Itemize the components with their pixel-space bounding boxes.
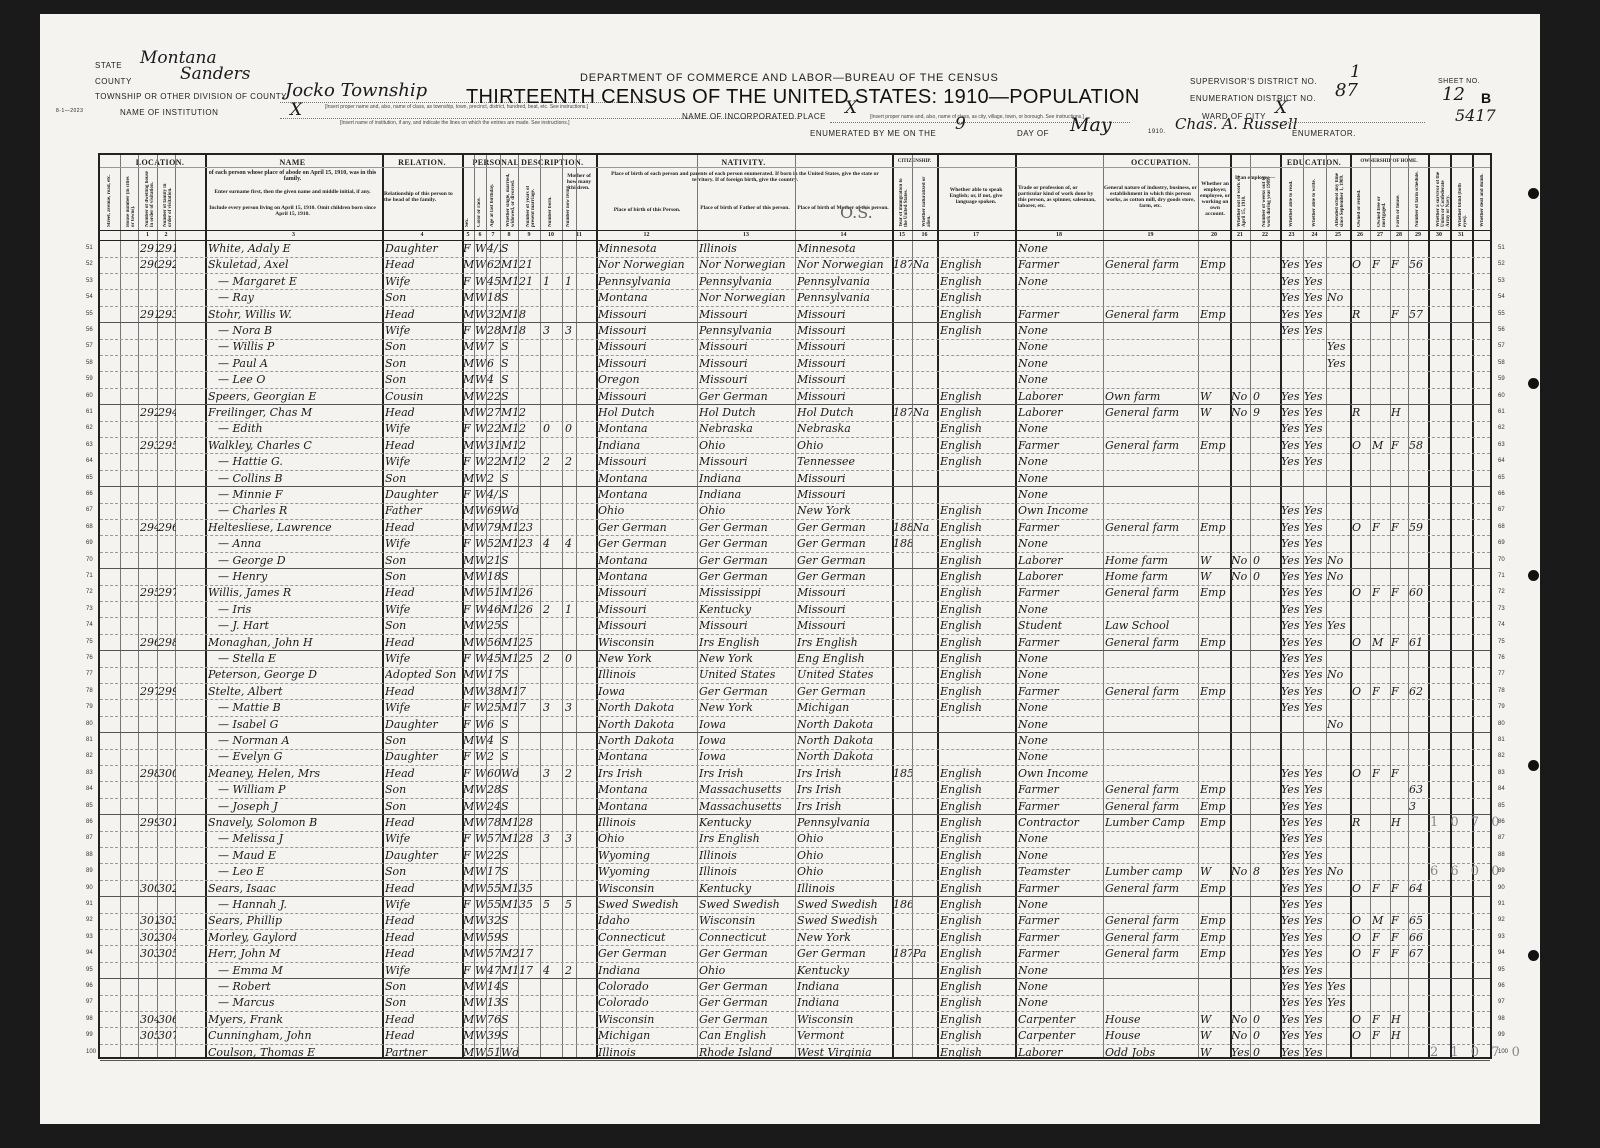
cell-english: English [940,945,1014,961]
cell-write: Yes [1304,552,1326,568]
cell-born [543,437,561,453]
cell-born: 3 [543,699,561,715]
cell-yrs-married: 8 [519,322,539,338]
cell-own: R [1352,404,1370,420]
cell-weeks [1253,716,1279,732]
cell-natur [913,896,937,912]
cell-trade: None [1018,847,1102,863]
cell-own [1352,748,1370,764]
cell-industry [1105,994,1197,1010]
cell-natur: Na [913,519,937,535]
cell-relation: Son [385,289,461,305]
vertical-header-c5: Sex. [465,171,470,227]
cell-out [1231,896,1250,912]
cell-natur [913,847,937,863]
cell-english: English [940,912,1014,928]
cell-immig [893,781,912,797]
cell-birth: Ger German [598,535,696,551]
cell-father: Ohio [699,962,795,978]
cell-write [1304,732,1326,748]
cell-sched [1409,240,1428,256]
cell-relation: Head [385,945,461,961]
cell-mother: Wisconsin [797,1011,891,1027]
cell-family: 301 [158,814,176,830]
cell-sched: 64 [1409,880,1428,896]
cell-name: — Lee O [208,371,390,387]
cell-mother: Nebraska [797,420,891,436]
line-number: 95 [1498,967,1505,973]
cell-own [1352,355,1370,371]
cell-race: W [475,338,486,354]
cell-natur [913,552,937,568]
cell-sex: M [463,552,474,568]
table-row: 304306Myers, FrankHeadMW76SWisconsinGer … [100,1011,1490,1029]
cell-living [565,470,577,486]
cell-read: Yes [1281,404,1303,420]
cell-emp [1200,470,1230,486]
cell-birth: Missouri [598,306,696,322]
cell-dwelling: 291 [140,240,158,256]
cell-trade: Farmer [1018,256,1102,272]
column-number: 4 [382,232,462,238]
cell-industry: Lumber Camp [1105,814,1197,830]
cell-family [158,1044,176,1060]
cell-free [1372,322,1390,338]
cell-natur [913,650,937,666]
cell-free [1372,1044,1390,1060]
line-number: 100 [86,1049,96,1055]
cell-mother: Missouri [797,601,891,617]
cell-dwelling: 303 [140,945,158,961]
sheet-value: 12 [1442,84,1465,105]
cell-race: W [475,519,486,535]
cell-farm: F [1391,306,1408,322]
cell-mother: Missouri [797,355,891,371]
cell-free [1372,978,1390,994]
cell-natur [913,699,937,715]
cell-family: 305 [158,945,176,961]
table-row: — Norman ASonMW4SNorth DakotaIowaNorth D… [100,732,1490,750]
cell-living [565,388,577,404]
cell-name: Walkley, Charles C [208,437,380,453]
cell-farm [1391,994,1408,1010]
cell-school [1327,420,1349,436]
cell-yrs-married: 2 [519,404,539,420]
cell-birth: Ger German [598,519,696,535]
cell-emp [1200,338,1230,354]
cell-yrs-married [519,289,539,305]
cell-english [940,338,1014,354]
cell-emp: Emp [1200,929,1230,945]
table-row: 295297Willis, James RHeadMW51M126Missour… [100,584,1490,602]
cell-race: W [475,568,486,584]
cell-dwelling [140,273,158,289]
cell-farm [1391,470,1408,486]
cell-own [1352,847,1370,863]
cell-mother: New York [797,502,891,518]
line-number: 80 [1498,721,1505,727]
cell-sched [1409,962,1428,978]
cell-yrs-married [519,355,539,371]
cell-name: — Melissa J [208,830,390,846]
cell-immig [893,814,912,830]
cell-dwelling [140,716,158,732]
vertical-header-c1: House number (in cities or towns). [126,171,136,227]
cell-sched [1409,1011,1428,1027]
cell-read: Yes [1281,306,1303,322]
cell-born [543,371,561,387]
cell-immig [893,978,912,994]
enumerated-label: Enumerated by me on the [810,129,936,138]
cell-read: Yes [1281,388,1303,404]
cell-relation: Daughter [385,847,461,863]
cell-born [543,716,561,732]
cell-race: W [475,240,486,256]
cell-race: W [475,962,486,978]
cell-sex: F [463,453,474,469]
cell-marital: S [501,388,518,404]
cell-sex: M [463,978,474,994]
table-row: 301303Sears, PhillipHeadMW32SIdahoWiscon… [100,912,1490,930]
cell-living [565,634,577,650]
cell-mother: Ger German [797,945,891,961]
cell-write: Yes [1304,912,1326,928]
cell-born [543,1044,561,1060]
cell-industry: General farm [1105,256,1197,272]
cell-birth: Indiana [598,437,696,453]
cell-natur [913,1027,937,1043]
cell-own [1352,535,1370,551]
column-number: 23 [1280,232,1303,238]
cell-family [158,863,176,879]
cell-farm: H [1391,814,1408,830]
cell-mother: Irs Irish [797,765,891,781]
cell-read [1281,470,1303,486]
cell-emp [1200,289,1230,305]
cell-dwelling [140,830,158,846]
cell-age: 17 [487,863,501,879]
cell-born [543,519,561,535]
cell-immig [893,470,912,486]
column-number: 28 [1390,232,1408,238]
cell-name: Freilinger, Chas M [208,404,380,420]
cell-age: 28 [487,781,501,797]
cell-school [1327,830,1349,846]
cell-yrs-married: 8 [519,306,539,322]
cell-dwelling [140,863,158,879]
cell-free [1372,830,1390,846]
line-number: 74 [86,622,93,628]
cell-race: W [475,732,486,748]
cell-relation: Head [385,256,461,272]
cell-out [1231,306,1250,322]
cell-read: Yes [1281,568,1303,584]
line-number: 62 [86,425,93,431]
cell-name: — Ray [208,289,390,305]
cell-farm: H [1391,1027,1408,1043]
cell-family: 302 [158,880,176,896]
cell-immig [893,552,912,568]
cell-mother: Indiana [797,994,891,1010]
column-number: 26 [1350,232,1370,238]
cell-immig [893,716,912,732]
cell-mother: Pennsylvania [797,814,891,830]
cell-age: 60 [487,765,501,781]
cell-emp: Emp [1200,683,1230,699]
line-number: 98 [1498,1016,1505,1022]
cell-out [1231,683,1250,699]
cell-race: W [475,322,486,338]
cell-dwelling: 299 [140,814,158,830]
line-number: 94 [86,950,93,956]
cell-farm: F [1391,584,1408,600]
cell-born: 1 [543,273,561,289]
cell-living [565,404,577,420]
cell-out [1231,617,1250,633]
cell-age: 22 [487,388,501,404]
line-number: 57 [86,343,93,349]
cell-born [543,994,561,1010]
line-number: 82 [1498,753,1505,759]
cell-marital: S [501,1027,518,1043]
table-row: 298300Meaney, Helen, MrsHeadFW60Wd32Irs … [100,765,1490,783]
cell-immig: 1887 [893,535,912,551]
vertical-header-c3: Number of family in order of visitation. [163,171,173,227]
cell-weeks [1253,617,1279,633]
cell-race: W [475,830,486,846]
cell-own [1352,502,1370,518]
vertical-header-c27: Owned free or mortgaged. [1377,171,1387,227]
cell-english: English [940,617,1014,633]
cell-free [1372,240,1390,256]
cell-weeks [1253,781,1279,797]
cell-birth: North Dakota [598,732,696,748]
cell-sex: M [463,912,474,928]
cell-own [1352,273,1370,289]
cell-mother: Ger German [797,519,891,535]
cell-read: Yes [1281,322,1303,338]
cell-own: O [1352,1011,1370,1027]
cell-farm: F [1391,634,1408,650]
cell-free [1372,289,1390,305]
cell-race: W [475,535,486,551]
cell-father: Indiana [699,470,795,486]
header-trade: Trade or profession of, or particular ki… [1018,185,1100,209]
cell-trade: Teamster [1018,863,1102,879]
cell-marital: M1 [501,322,518,338]
cell-trade: None [1018,666,1102,682]
cell-marital: S [501,912,518,928]
vertical-header-c29: Number of farm schedule. [1415,171,1420,227]
cell-family [158,552,176,568]
cell-race: W [475,650,486,666]
cell-out: No [1231,552,1250,568]
cell-school [1327,683,1349,699]
cell-english: English [940,519,1014,535]
cell-farm: F [1391,765,1408,781]
cell-age: 7 [487,338,501,354]
cell-sched [1409,863,1428,879]
cell-immig [893,420,912,436]
cell-sched [1409,847,1428,863]
cell-write: Yes [1304,863,1326,879]
cell-marital: S [501,568,518,584]
cell-birth: Connecticut [598,929,696,945]
cell-sex: M [463,404,474,420]
cell-read: Yes [1281,634,1303,650]
cell-own [1352,552,1370,568]
cell-industry [1105,830,1197,846]
cell-mother: Irs Irish [797,781,891,797]
cell-dwelling [140,847,158,863]
cell-living [565,945,577,961]
cell-school [1327,699,1349,715]
header-education: EDUCATION. [1280,158,1348,167]
cell-school [1327,1027,1349,1043]
cell-write: Yes [1304,880,1326,896]
cell-relation: Son [385,798,461,814]
table-row: 296298Monaghan, John HHeadMW56M125Wiscon… [100,634,1490,652]
cell-natur [913,814,937,830]
line-number: 77 [1498,671,1505,677]
cell-weeks: 0 [1253,552,1279,568]
cell-sex: M [463,732,474,748]
cell-read: Yes [1281,765,1303,781]
cell-relation: Head [385,437,461,453]
cell-birth: Montana [598,781,696,797]
cell-natur [913,683,937,699]
cell-english: English [940,404,1014,420]
cell-natur [913,486,937,502]
cell-english [940,371,1014,387]
cell-relation: Wife [385,453,461,469]
cell-yrs-married: 25 [519,650,539,666]
cell-sched: 65 [1409,912,1428,928]
cell-trade: Farmer [1018,306,1102,322]
cell-mother: Indiana [797,978,891,994]
line-number: 95 [86,967,93,973]
cell-english [940,240,1014,256]
cell-mother: Tennessee [797,453,891,469]
cell-father: Pennsylvania [699,273,795,289]
cell-farm [1391,617,1408,633]
cell-out [1231,240,1250,256]
cell-read: Yes [1281,535,1303,551]
cell-immig [893,371,912,387]
cell-trade: Own Income [1018,502,1102,518]
cell-sched [1409,748,1428,764]
cell-write [1304,240,1326,256]
cell-own [1352,289,1370,305]
cell-industry: General farm [1105,781,1197,797]
line-number: 69 [86,540,93,546]
cell-sex: M [463,617,474,633]
cell-trade: None [1018,699,1102,715]
cell-emp [1200,535,1230,551]
cell-trade: None [1018,273,1102,289]
cell-race: W [475,617,486,633]
header-divider [100,167,1490,168]
cell-immig: 1887 [893,519,912,535]
cell-born [543,552,561,568]
table-row: — Willis PSonMW7SMissouriMissouriMissour… [100,338,1490,356]
cell-yrs-married: 7 [519,699,539,715]
cell-father: Iowa [699,732,795,748]
cell-free: F [1372,683,1390,699]
cell-mother: Missouri [797,470,891,486]
cell-trade: Laborer [1018,552,1102,568]
cell-marital: S [501,552,518,568]
incorporated-place-value: X [845,98,857,118]
cell-trade: Farmer [1018,912,1102,928]
cell-farm: F [1391,945,1408,961]
cell-farm: F [1391,437,1408,453]
cell-family [158,798,176,814]
cell-race: W [475,355,486,371]
column-number: 6 [474,232,486,238]
cell-school: No [1327,666,1349,682]
cell-sex: F [463,486,474,502]
cell-mother: Missouri [797,306,891,322]
cell-out [1231,371,1250,387]
cell-emp: Emp [1200,584,1230,600]
cell-free [1372,798,1390,814]
cell-family [158,486,176,502]
cell-father: Ger German [699,945,795,961]
cell-birth: Minnesota [598,240,696,256]
cell-english: English [940,1011,1014,1027]
line-number: 62 [1498,425,1505,431]
cell-relation: Head [385,584,461,600]
cell-living [565,863,577,879]
cell-sex: F [463,650,474,666]
cell-living [565,338,577,354]
cell-school [1327,486,1349,502]
column-number: 30 [1428,232,1450,238]
cell-industry: General farm [1105,683,1197,699]
cell-born [543,568,561,584]
cell-name: White, Adaly E [208,240,380,256]
cell-race: W [475,634,486,650]
cell-school [1327,388,1349,404]
cell-sched: 61 [1409,634,1428,650]
cell-dwelling: 292 [140,404,158,420]
cell-name: — Minnie F [208,486,390,502]
column-number: 10 [540,232,562,238]
cell-age: 25 [487,699,501,715]
cell-emp: W [1200,1027,1230,1043]
cell-trade: None [1018,535,1102,551]
cell-natur [913,830,937,846]
cell-birth: Pennsylvania [598,273,696,289]
cell-industry [1105,650,1197,666]
cell-father: Missouri [699,453,795,469]
cell-free: F [1372,880,1390,896]
cell-race: W [475,880,486,896]
cell-school: Yes [1327,355,1349,371]
cell-immig [893,273,912,289]
cell-marital: S [501,666,518,682]
line-number: 99 [86,1032,93,1038]
cell-age: 57 [487,830,501,846]
line-number: 97 [86,999,93,1005]
cell-school: No [1327,552,1349,568]
cell-weeks [1253,666,1279,682]
cell-english: English [940,896,1014,912]
cell-trade: Farmer [1018,929,1102,945]
table-row: — Lee OSonMW4SOregonMissouriMissouriNone [100,371,1490,389]
cell-father: Nebraska [699,420,795,436]
